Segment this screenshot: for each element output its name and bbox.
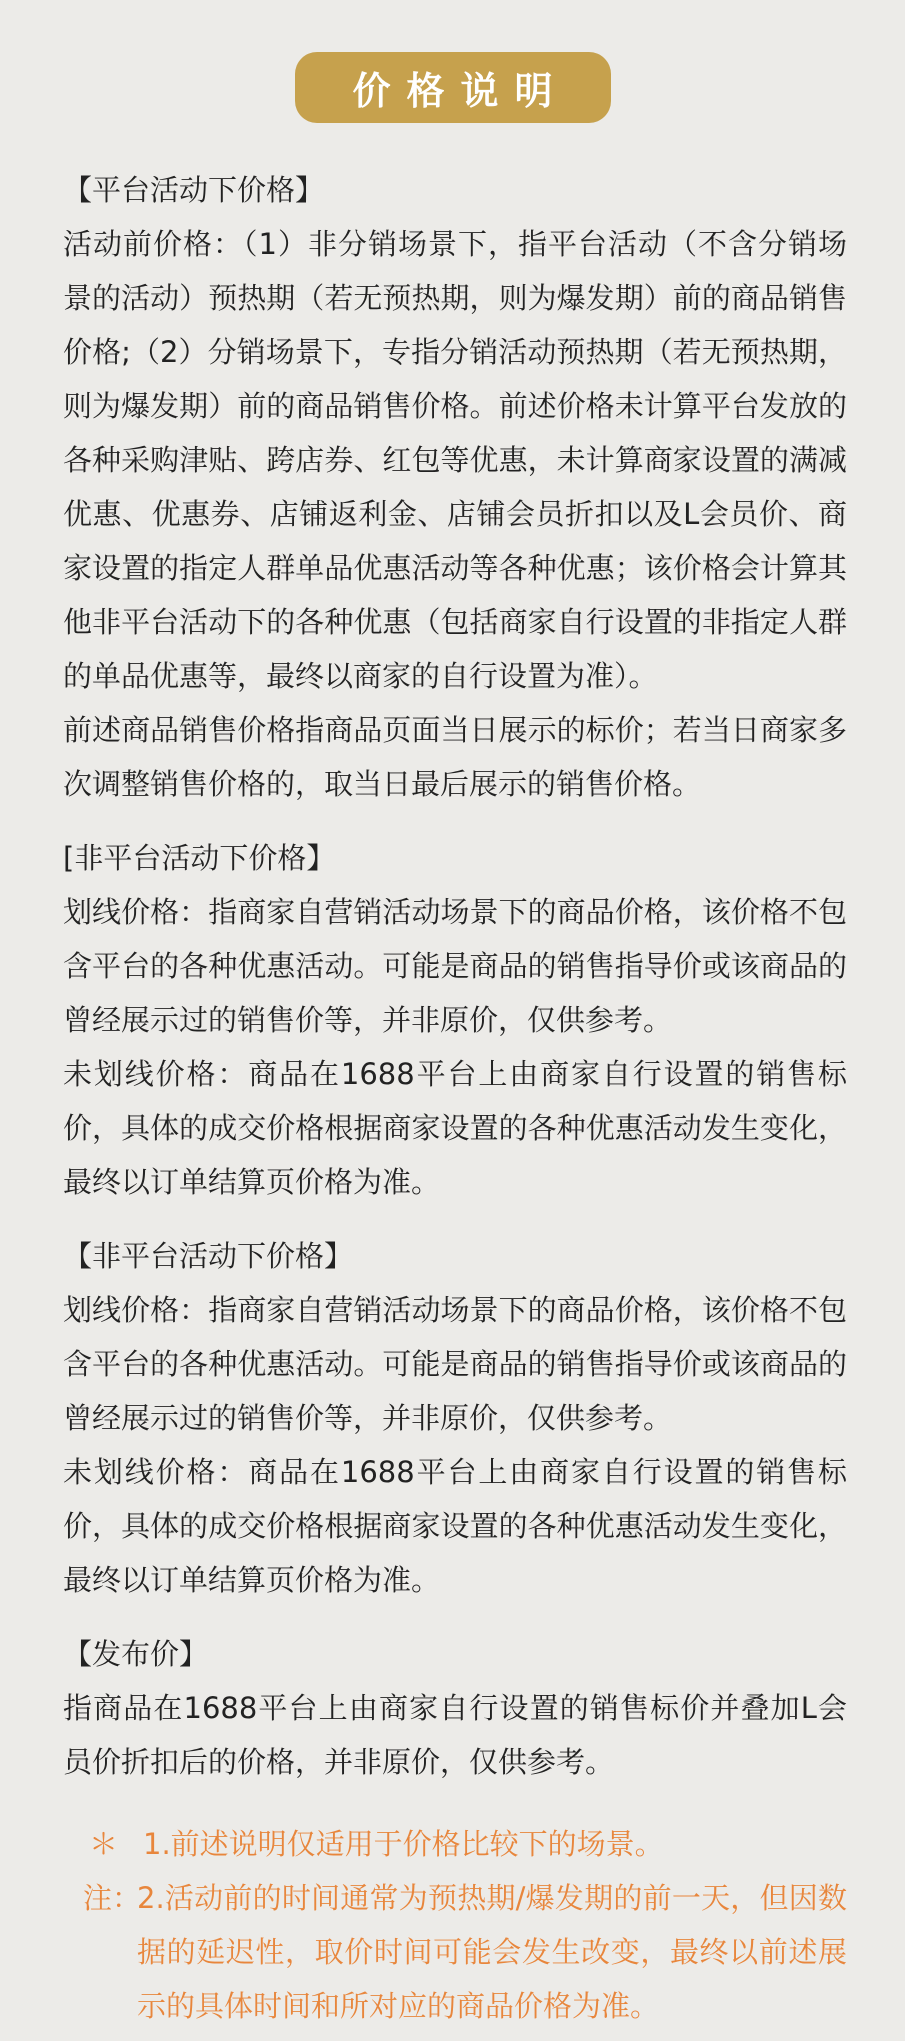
section-paragraph: 划线价格：指商家自营销活动场景下的商品价格，该价格不包含平台的各种优惠活动。可能…	[63, 885, 847, 1047]
section-paragraph: 未划线价格：商品在1688平台上由商家自行设置的销售标价，具体的成交价格根据商家…	[63, 1047, 847, 1209]
footnote-text: 2.活动前的时间通常为预热期/爆发期的前一天，但因数据的延迟性，取价时间可能会发…	[137, 1871, 847, 2033]
asterisk-mark: ＊	[83, 1817, 143, 1871]
section-platform-activity-price: 【平台活动下价格】 活动前价格：（1）非分销场景下，指平台活动（不含分销场景的活…	[63, 163, 847, 811]
section-paragraph: 活动前价格：（1）非分销场景下，指平台活动（不含分销场景的活动）预热期（若无预热…	[63, 217, 847, 703]
section-paragraph: 指商品在1688平台上由商家自行设置的销售标价并叠加L会员价折扣后的价格，并非原…	[63, 1681, 847, 1789]
notice-content: 【平台活动下价格】 活动前价格：（1）非分销场景下，指平台活动（不含分销场景的活…	[0, 123, 905, 2033]
section-non-platform-activity-price-2: 【非平台活动下价格】 划线价格：指商家自营销活动场景下的商品价格，该价格不包含平…	[63, 1229, 847, 1607]
page-title: 价格说明	[336, 60, 568, 115]
section-heading: 【非平台活动下价格】	[63, 1229, 847, 1283]
footnotes: ＊ 1.前述说明仅适用于价格比较下的场景。 注： 2.活动前的时间通常为预热期/…	[63, 1817, 847, 2033]
section-paragraph: 前述商品销售价格指商品页面当日展示的标价；若当日商家多次调整销售价格的，取当日最…	[63, 703, 847, 811]
section-heading: 【发布价】	[63, 1627, 847, 1681]
price-notice-page: 价格说明 【平台活动下价格】 活动前价格：（1）非分销场景下，指平台活动（不含分…	[0, 0, 905, 2041]
section-heading: 【平台活动下价格】	[63, 163, 847, 217]
section-paragraph: 划线价格：指商家自营销活动场景下的商品价格，该价格不包含平台的各种优惠活动。可能…	[63, 1283, 847, 1445]
footnote-row: ＊ 1.前述说明仅适用于价格比较下的场景。	[83, 1817, 847, 1871]
section-publish-price: 【发布价】 指商品在1688平台上由商家自行设置的销售标价并叠加L会员价折扣后的…	[63, 1627, 847, 1789]
footnote-text: 1.前述说明仅适用于价格比较下的场景。	[143, 1817, 847, 1871]
section-paragraph: 未划线价格：商品在1688平台上由商家自行设置的销售标价，具体的成交价格根据商家…	[63, 1445, 847, 1607]
section-heading: [非平台活动下价格】	[63, 831, 847, 885]
footnote-row: 注： 2.活动前的时间通常为预热期/爆发期的前一天，但因数据的延迟性，取价时间可…	[83, 1871, 847, 2033]
section-non-platform-activity-price-1: [非平台活动下价格】 划线价格：指商家自营销活动场景下的商品价格，该价格不包含平…	[63, 831, 847, 1209]
note-mark: 注：	[83, 1871, 137, 1925]
price-notice-badge: 价格说明	[295, 52, 611, 123]
